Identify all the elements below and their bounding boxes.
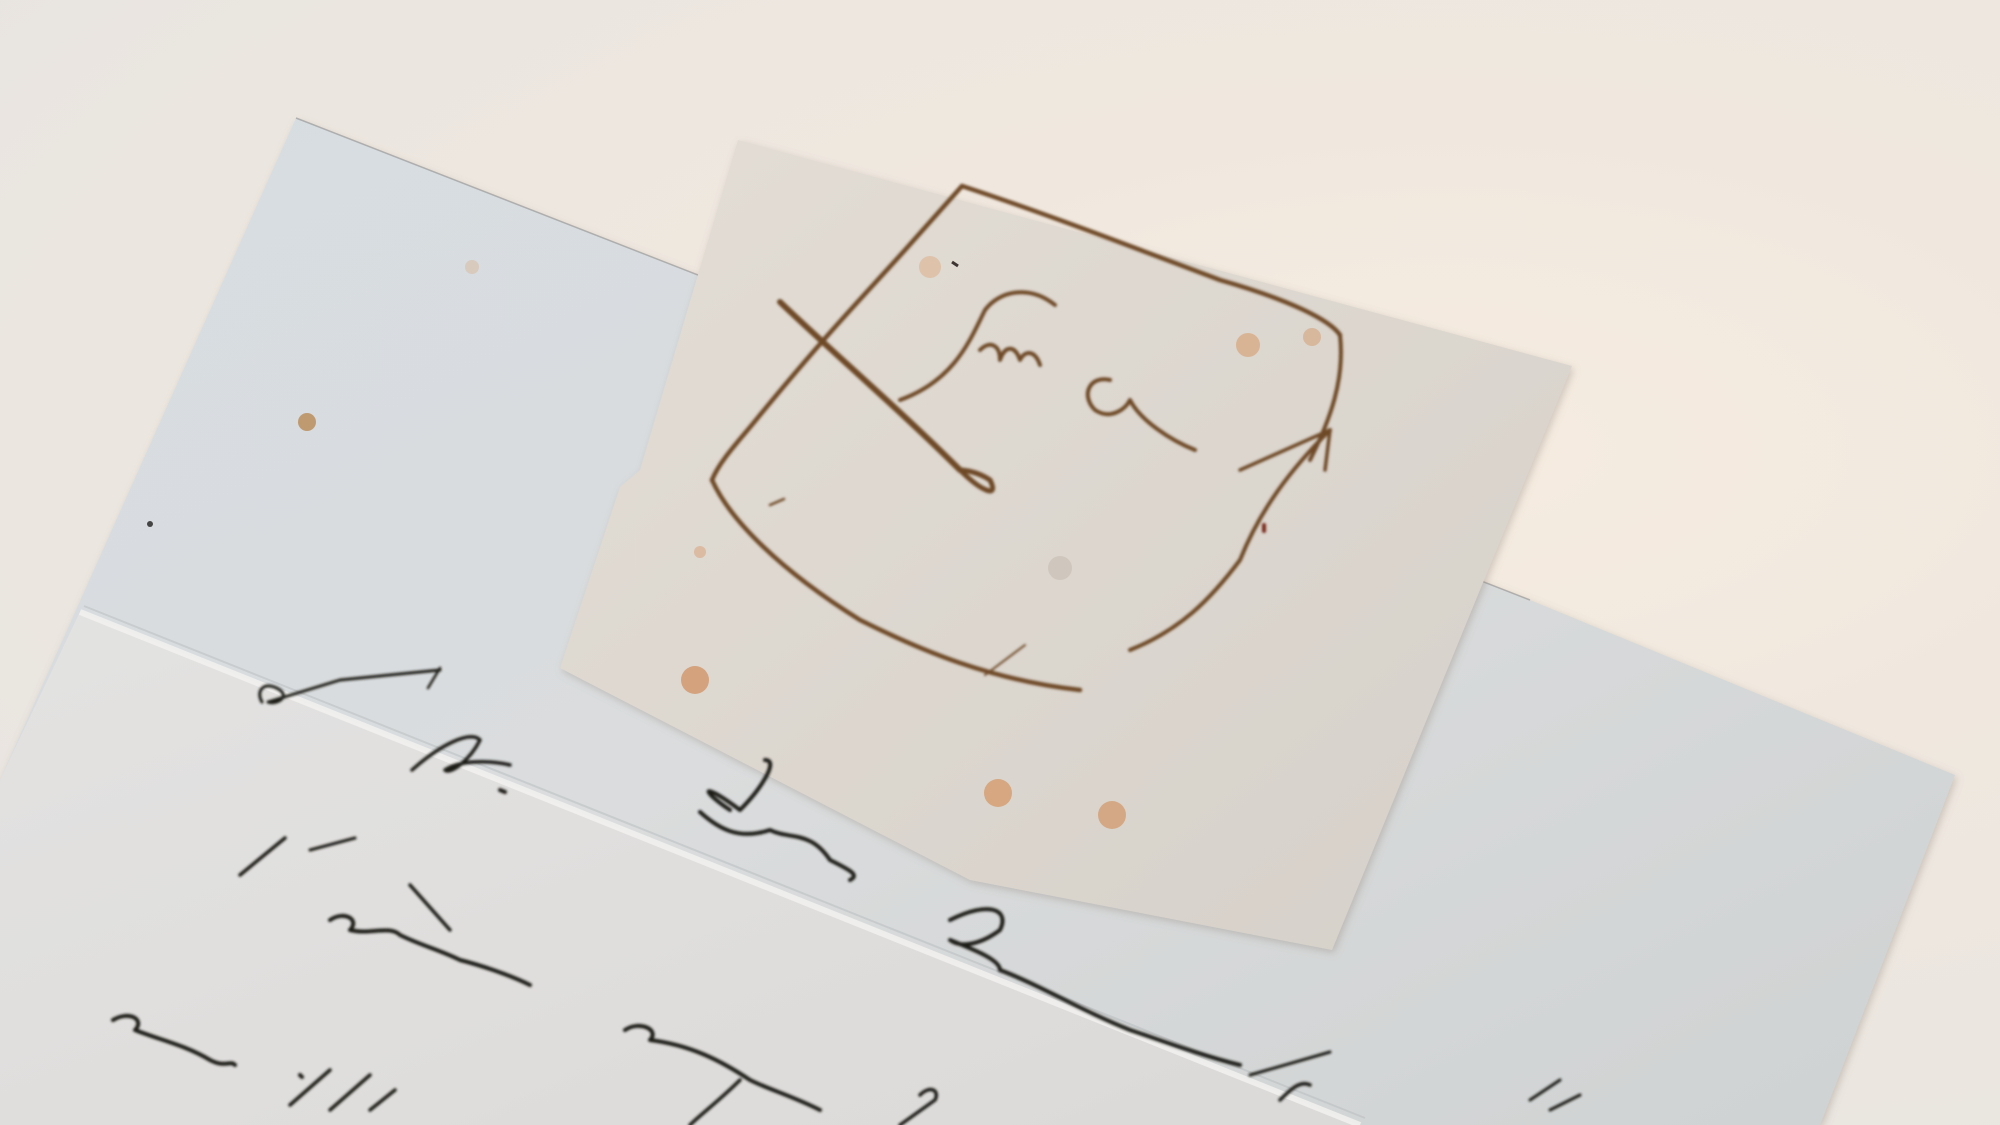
letter-photo bbox=[0, 0, 2000, 1125]
photo-scene: A l' Ill.mo Cosimo Buonarroti 1 l' acclu… bbox=[0, 0, 2000, 1125]
